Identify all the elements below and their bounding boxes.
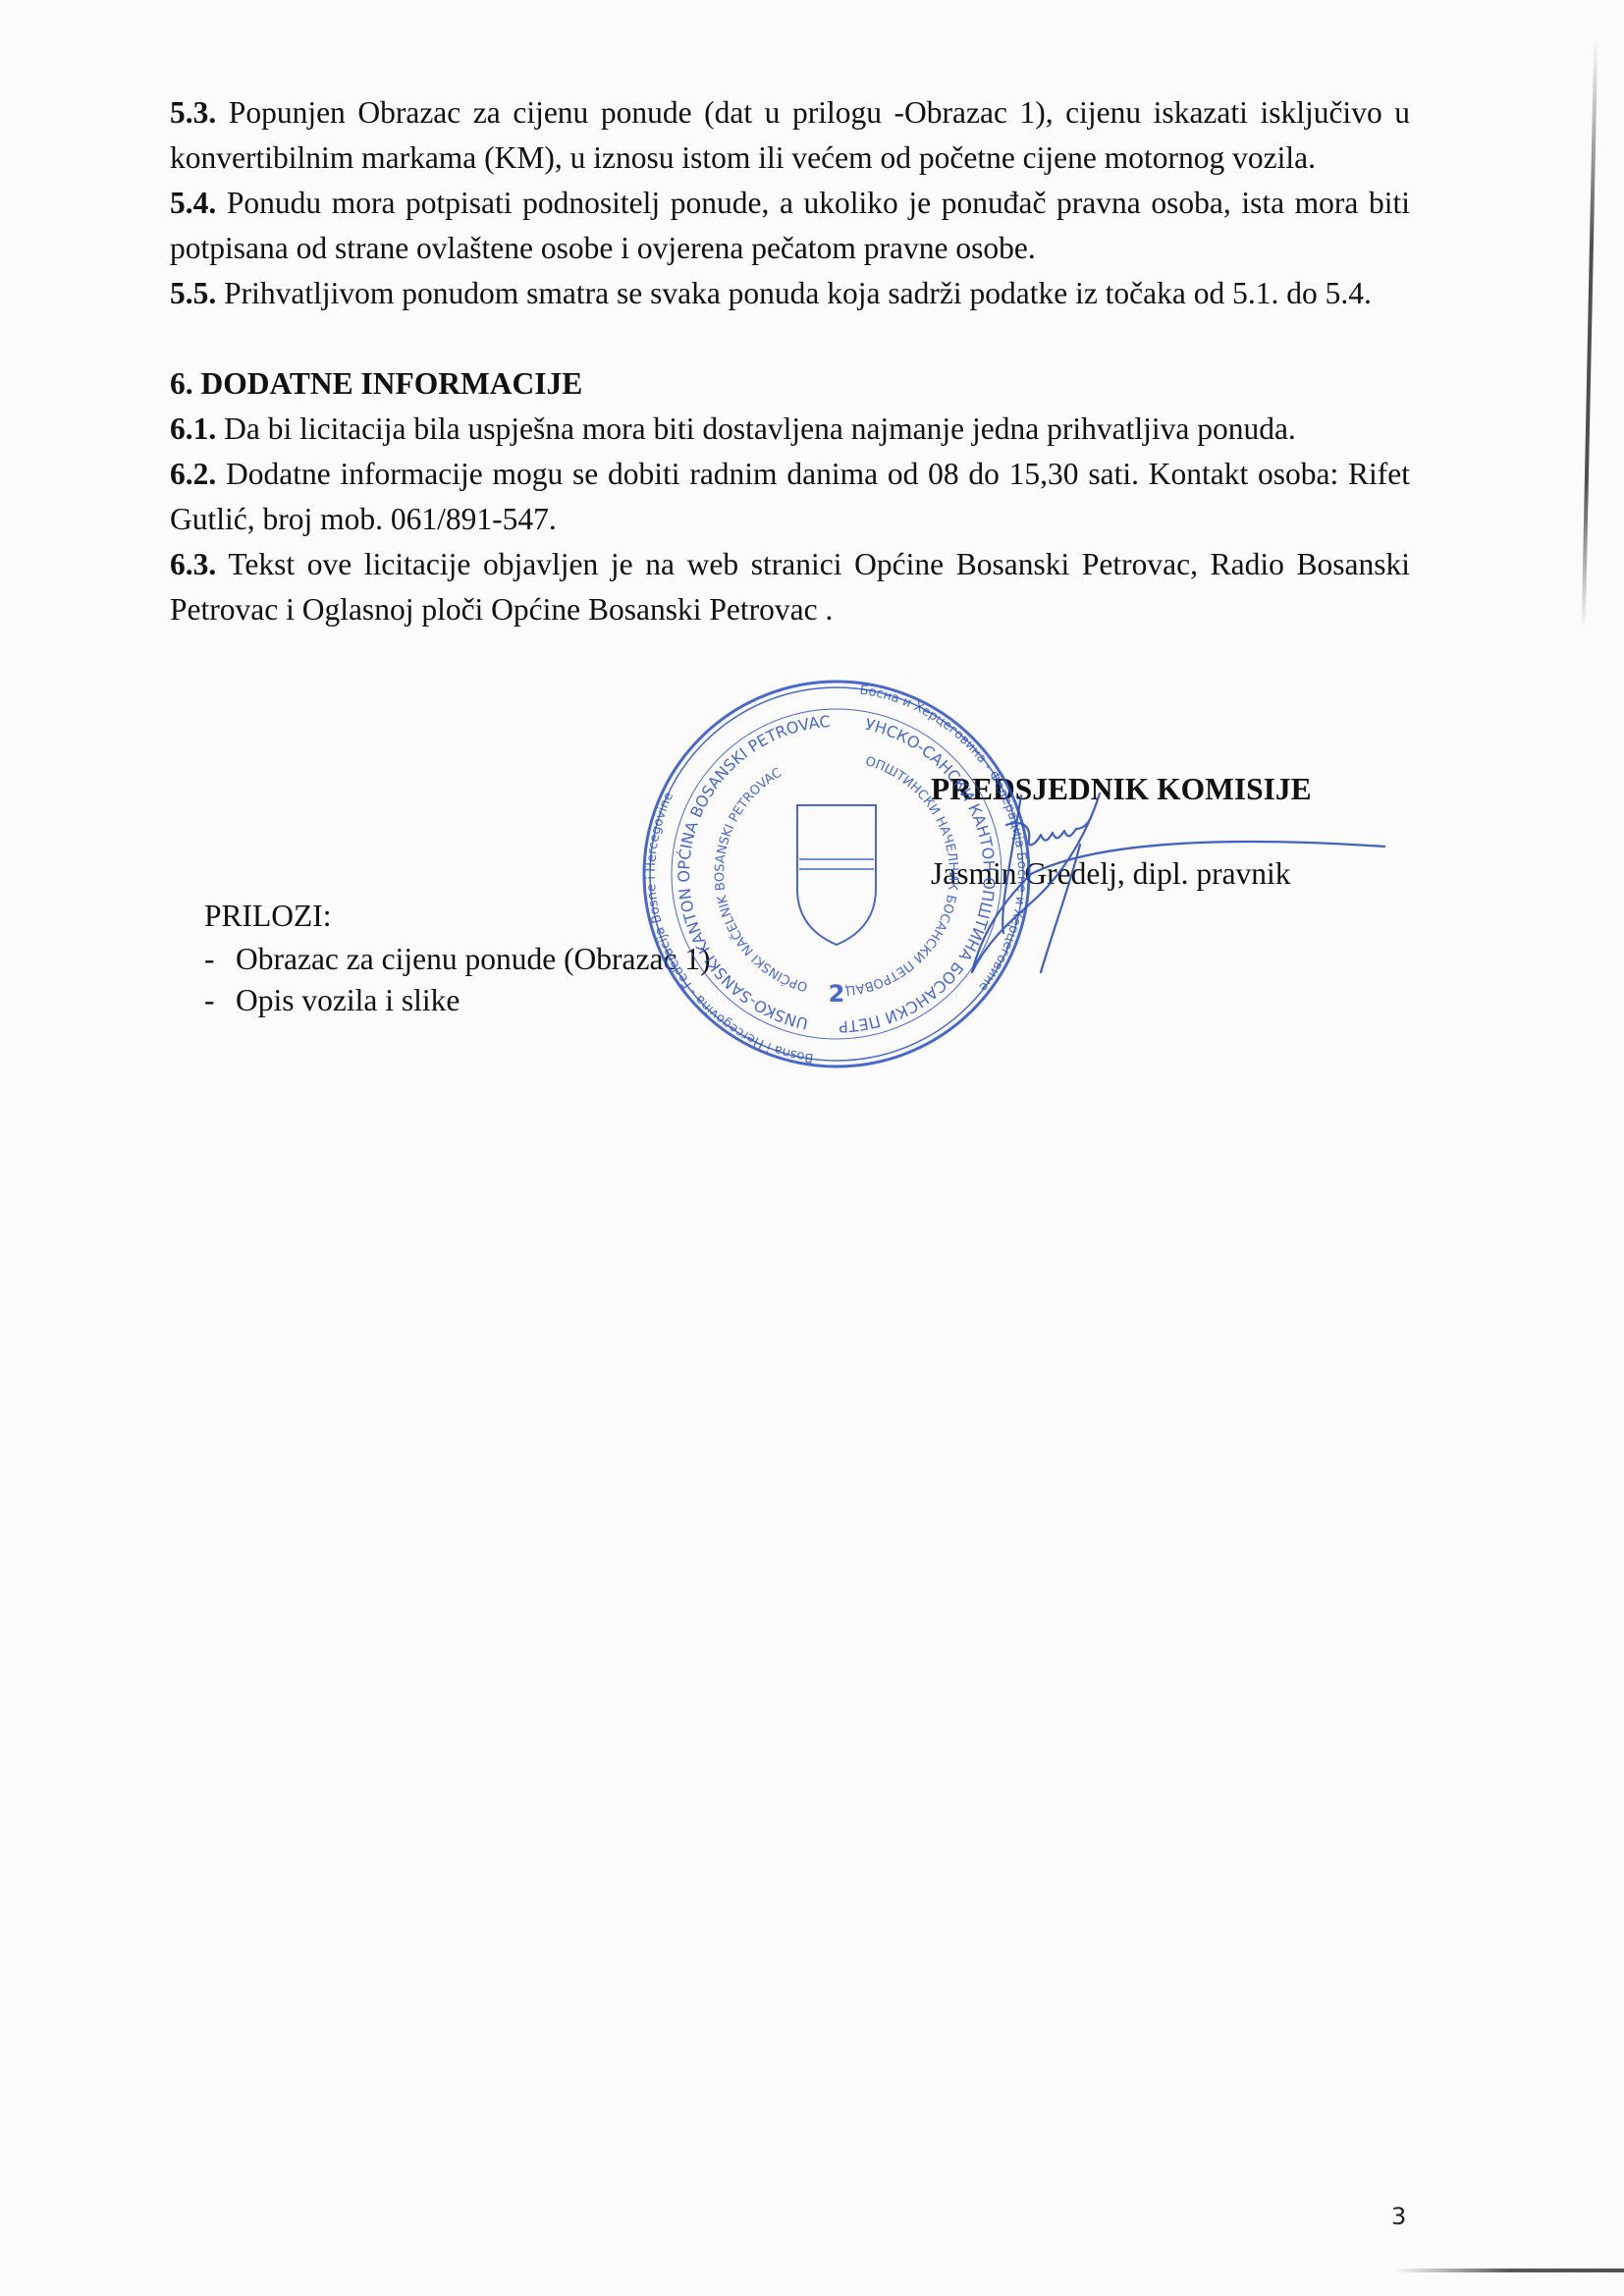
svg-text:2: 2 <box>829 980 845 1008</box>
scan-edge-shadow <box>1394 2269 1624 2272</box>
attachments-list: PRILOZI: - Obrazac za cijenu ponude (Obr… <box>204 896 711 1021</box>
document-page: 5.3. Popunjen Obrazac za cijenu ponude (… <box>0 0 1624 2296</box>
paragraph-5-4: 5.4. Ponudu mora potpisati podnositelj p… <box>170 181 1410 271</box>
signature-title: PREDSJEDNIK KOMISIJE <box>931 772 1312 807</box>
paragraph-5-3: 5.3. Popunjen Obrazac za cijenu ponude (… <box>170 90 1410 181</box>
section-6-heading: 6. DODATNE INFORMACIJE <box>170 361 1410 407</box>
paragraph-6-2: 6.2. Dodatne informacije mogu se dobiti … <box>170 452 1410 542</box>
svg-text:Босна и Херцеговина - Федераци: Босна и Херцеговина - Федерација Босне и… <box>859 683 1029 995</box>
attachment-item: - Opis vozila i slike <box>204 980 711 1021</box>
attachment-item: - Obrazac za cijenu ponude (Obrazac 1) <box>204 939 711 980</box>
paragraph-6-1: 6.1. Da bi licitacija bila uspješna mora… <box>170 407 1410 452</box>
page-number: 3 <box>1391 2203 1406 2230</box>
section-5-paragraphs: 5.3. Popunjen Obrazac za cijenu ponude (… <box>170 90 1410 632</box>
signatory-name: Jasmin Gredelj, dipl. pravnik <box>931 856 1291 892</box>
paragraph-5-5: 5.5. Prihvatljivom ponudom smatra se sva… <box>170 271 1410 316</box>
scan-edge-shadow <box>1582 39 1598 629</box>
paragraph-6-3: 6.3. Tekst ove licitacije objavljen je n… <box>170 542 1410 632</box>
attachments-title: PRILOZI: <box>204 896 711 937</box>
svg-text:OPĆINSKI NAČELNIK BOSANSKI PET: OPĆINSKI NAČELNIK BOSANSKI PETROVAC <box>713 766 810 994</box>
